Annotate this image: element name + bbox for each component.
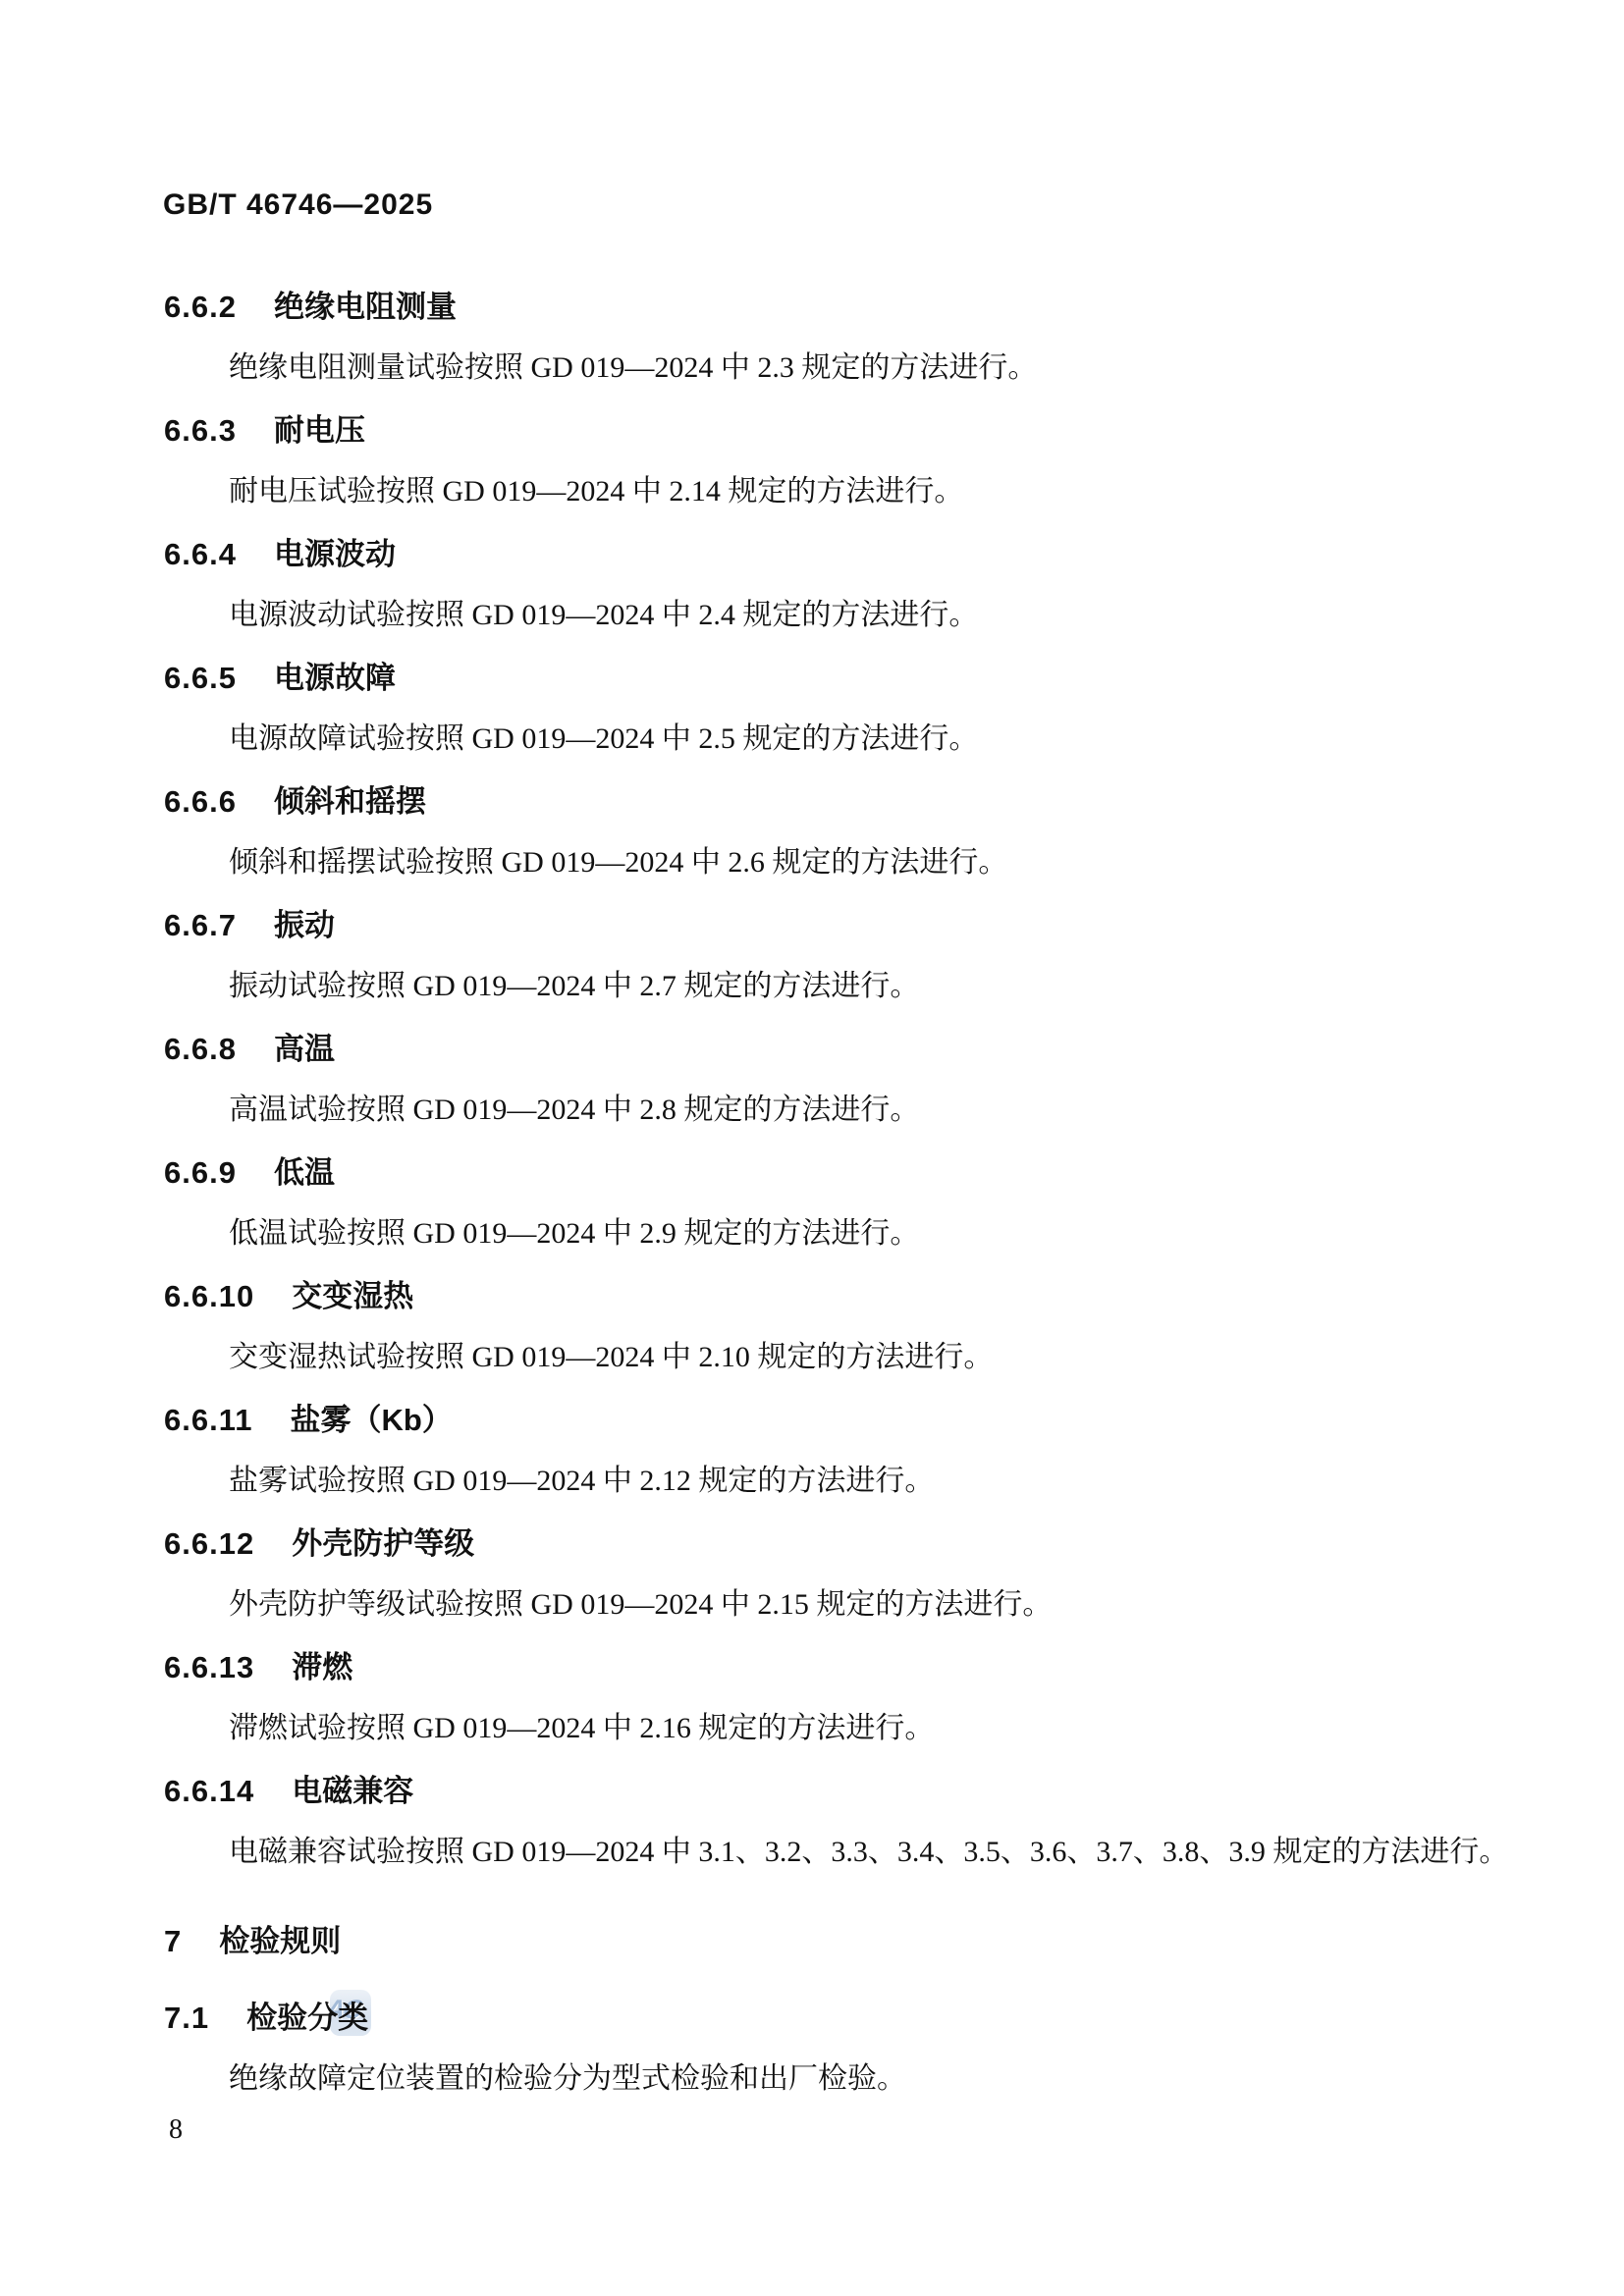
section-paragraph: 盐雾试验按照 GD 019—2024 中 2.12 规定的方法进行。 bbox=[164, 1465, 1480, 1498]
section: 6.6.3耐电压 耐电压试验按照 GD 019—2024 中 2.14 规定的方… bbox=[164, 414, 1480, 508]
section-number: 6.6.6 bbox=[164, 785, 237, 819]
section: 6.6.10交变湿热 交变湿热试验按照 GD 019—2024 中 2.10 规… bbox=[164, 1280, 1480, 1374]
section-paragraph: 高温试验按照 GD 019—2024 中 2.8 规定的方法进行。 bbox=[164, 1094, 1480, 1127]
section-heading: 6.6.11盐雾（Kb） bbox=[164, 1404, 1480, 1437]
section-heading: 6.6.7振动 bbox=[164, 909, 1480, 942]
subclause-number: 7.1 bbox=[164, 2002, 209, 2035]
chapter-title: 检验规则 bbox=[219, 1924, 341, 1958]
document-page: GB/T 46746—2025 AC 6.6.2绝缘电阻测量 绝缘电阻测量试验按… bbox=[0, 0, 1624, 2296]
section: 6.6.8高温 高温试验按照 GD 019—2024 中 2.8 规定的方法进行… bbox=[164, 1033, 1480, 1127]
section-number: 6.6.13 bbox=[164, 1651, 254, 1684]
section-title: 低温 bbox=[274, 1155, 335, 1190]
section-heading: 6.6.10交变湿热 bbox=[164, 1280, 1480, 1313]
section: 6.6.11盐雾（Kb） 盐雾试验按照 GD 019—2024 中 2.12 规… bbox=[164, 1404, 1480, 1498]
section-number: 6.6.7 bbox=[164, 909, 237, 942]
section-heading: 6.6.6倾斜和摇摆 bbox=[164, 785, 1480, 819]
section: 6.6.4电源波动 电源波动试验按照 GD 019—2024 中 2.4 规定的… bbox=[164, 538, 1480, 632]
page-number: 8 bbox=[169, 2113, 1480, 2147]
document-header: GB/T 46746—2025 bbox=[163, 190, 433, 220]
section-paragraph: 电源故障试验按照 GD 019—2024 中 2.5 规定的方法进行。 bbox=[164, 722, 1480, 756]
section-title: 滞燃 bbox=[292, 1650, 352, 1684]
section-title: 高温 bbox=[274, 1032, 335, 1066]
section-title: 电源波动 bbox=[274, 537, 396, 571]
section: 6.6.13滞燃 滞燃试验按照 GD 019—2024 中 2.16 规定的方法… bbox=[164, 1651, 1480, 1745]
section-number: 6.6.2 bbox=[164, 291, 237, 324]
section-heading: 6.6.13滞燃 bbox=[164, 1651, 1480, 1684]
subclause-paragraph: 绝缘故障定位装置的检验分为型式检验和出厂检验。 bbox=[164, 2062, 1480, 2096]
chapter-7-heading: 7检验规则 bbox=[164, 1925, 1480, 1958]
section-paragraph: 低温试验按照 GD 019—2024 中 2.9 规定的方法进行。 bbox=[164, 1217, 1480, 1251]
section-number: 6.6.5 bbox=[164, 662, 237, 695]
section-heading: 6.6.9低温 bbox=[164, 1156, 1480, 1190]
section-paragraph: 振动试验按照 GD 019—2024 中 2.7 规定的方法进行。 bbox=[164, 970, 1480, 1003]
section-number: 6.6.11 bbox=[164, 1404, 252, 1437]
section: 6.6.5电源故障 电源故障试验按照 GD 019—2024 中 2.5 规定的… bbox=[164, 662, 1480, 756]
section-paragraph: 耐电压试验按照 GD 019—2024 中 2.14 规定的方法进行。 bbox=[164, 475, 1480, 508]
section-paragraph: 滞燃试验按照 GD 019—2024 中 2.16 规定的方法进行。 bbox=[164, 1712, 1480, 1745]
section-number: 6.6.10 bbox=[164, 1280, 254, 1313]
section: 6.6.6倾斜和摇摆 倾斜和摇摆试验按照 GD 019—2024 中 2.6 规… bbox=[164, 785, 1480, 880]
standard-number: GB/T 46746—2025 bbox=[163, 188, 433, 221]
section-paragraph: 倾斜和摇摆试验按照 GD 019—2024 中 2.6 规定的方法进行。 bbox=[164, 846, 1480, 880]
section-title: 振动 bbox=[274, 908, 335, 942]
chapter-number: 7 bbox=[164, 1925, 182, 1958]
section: 6.6.14电磁兼容 电磁兼容试验按照 GD 019—2024 中 3.1、3.… bbox=[164, 1775, 1480, 1869]
section: 6.6.9低温 低温试验按照 GD 019—2024 中 2.9 规定的方法进行… bbox=[164, 1156, 1480, 1251]
section: 6.6.7振动 振动试验按照 GD 019—2024 中 2.7 规定的方法进行… bbox=[164, 909, 1480, 1003]
section-paragraph: 电磁兼容试验按照 GD 019—2024 中 3.1、3.2、3.3、3.4、3… bbox=[164, 1836, 1480, 1869]
section-title: 电磁兼容 bbox=[292, 1774, 413, 1808]
section-title: 电源故障 bbox=[274, 661, 396, 695]
section-heading: 6.6.5电源故障 bbox=[164, 662, 1480, 695]
section-paragraph: 交变湿热试验按照 GD 019—2024 中 2.10 规定的方法进行。 bbox=[164, 1341, 1480, 1374]
section-heading: 6.6.14电磁兼容 bbox=[164, 1775, 1480, 1808]
section-heading: 6.6.12外壳防护等级 bbox=[164, 1527, 1480, 1561]
section-number: 6.6.8 bbox=[164, 1033, 237, 1066]
section-title: 交变湿热 bbox=[292, 1279, 413, 1313]
section-heading: 6.6.3耐电压 bbox=[164, 414, 1480, 448]
section-number: 6.6.4 bbox=[164, 538, 237, 571]
section-title: 盐雾（Kb） bbox=[290, 1403, 452, 1437]
section-number: 6.6.9 bbox=[164, 1156, 237, 1190]
section-title: 外壳防护等级 bbox=[292, 1526, 474, 1561]
section-paragraph: 绝缘电阻测量试验按照 GD 019—2024 中 2.3 规定的方法进行。 bbox=[164, 351, 1480, 385]
section-heading: 6.6.4电源波动 bbox=[164, 538, 1480, 571]
section-number: 6.6.12 bbox=[164, 1527, 254, 1561]
section-number: 6.6.14 bbox=[164, 1775, 254, 1808]
section-paragraph: 外壳防护等级试验按照 GD 019—2024 中 2.15 规定的方法进行。 bbox=[164, 1588, 1480, 1622]
section-paragraph: 电源波动试验按照 GD 019—2024 中 2.4 规定的方法进行。 bbox=[164, 599, 1480, 632]
section-number: 6.6.3 bbox=[164, 414, 237, 448]
section: 6.6.12外壳防护等级 外壳防护等级试验按照 GD 019—2024 中 2.… bbox=[164, 1527, 1480, 1622]
section-title: 倾斜和摇摆 bbox=[274, 784, 426, 819]
test-method-sections: 6.6.2绝缘电阻测量 绝缘电阻测量试验按照 GD 019—2024 中 2.3… bbox=[164, 291, 1480, 1869]
section-title: 耐电压 bbox=[274, 413, 365, 448]
section-heading: 6.6.2绝缘电阻测量 bbox=[164, 291, 1480, 324]
subclause-7-1-heading: 7.1检验分类 bbox=[164, 2002, 1480, 2035]
section-title: 绝缘电阻测量 bbox=[274, 290, 457, 324]
page-content: 6.6.2绝缘电阻测量 绝缘电阻测量试验按照 GD 019—2024 中 2.3… bbox=[164, 291, 1480, 2147]
subclause-title: 检验分类 bbox=[246, 2001, 368, 2035]
section: 6.6.2绝缘电阻测量 绝缘电阻测量试验按照 GD 019—2024 中 2.3… bbox=[164, 291, 1480, 385]
section-heading: 6.6.8高温 bbox=[164, 1033, 1480, 1066]
